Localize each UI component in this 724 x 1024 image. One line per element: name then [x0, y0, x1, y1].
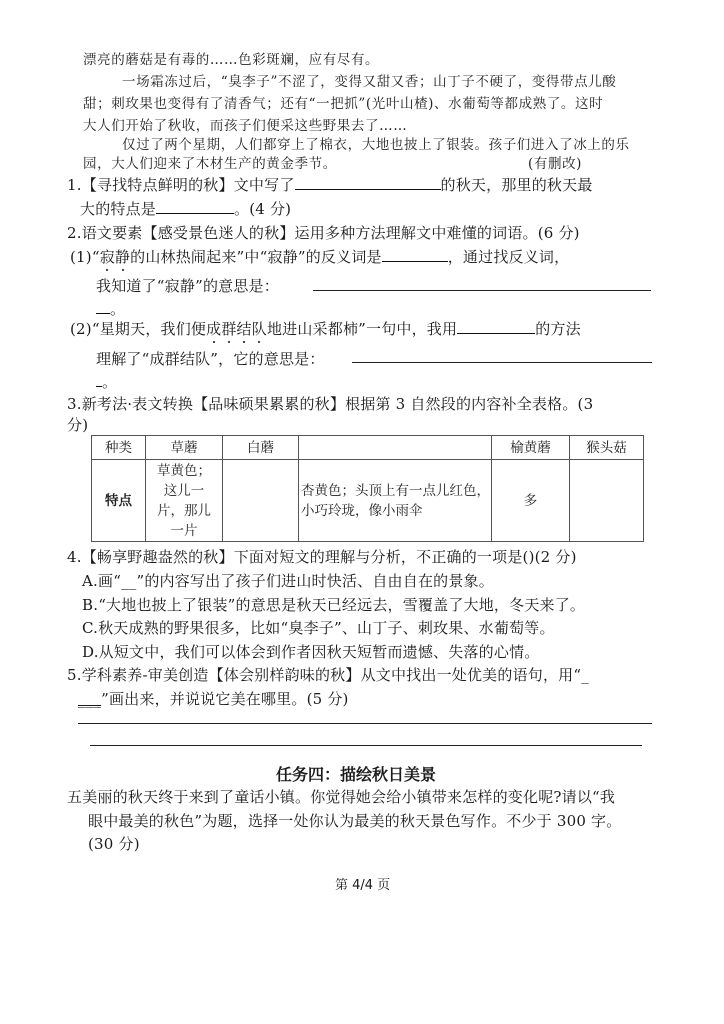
header-cell: 榆黄蘑: [492, 436, 570, 460]
emphasis-char: 寂: [100, 248, 115, 266]
period: 。: [102, 373, 117, 391]
q2-sub1-line-1: (1)“寂静的山林热闹起来”中“寂静”的反义词是，通过找反义词，: [70, 246, 569, 267]
table-row: 特点 草黄色；这儿一片，那儿一片 杏黄色；头顶上有一点儿红色，小巧玲珑，像小雨伞…: [92, 460, 644, 542]
emphasis-char: 队: [252, 320, 267, 338]
q1-text-c: 大的特点是: [80, 200, 156, 218]
source-note: (有删改): [528, 152, 582, 172]
q5-line-1: 5.学科素养-审美创造【体会别样韵味的秋】从文中找出一处优美的语句，用“_: [67, 664, 589, 685]
q4-stem: 4.【畅享野趣盎然的秋】下面对短文的理解与分析，不正确的一项是()(2 分): [67, 546, 577, 567]
emphasis-char: 静: [115, 248, 130, 266]
passage-line-5: 仅过了两个星期，人们都穿上了棉衣，大地也披上了银装。孩子们进入了冰上的乐: [122, 133, 630, 153]
q2-sub1-prefix: (1)“: [70, 248, 100, 266]
q2-sub2-after: 的方法: [535, 320, 581, 338]
q4-option-a[interactable]: A.画“__”的内容写出了孩子们进山时快活、自由自在的景象。: [82, 570, 494, 591]
passage-line-4: 大人们开始了秋收，而孩子们便采这些野果去了……: [83, 114, 407, 134]
q1-line-2: 大的特点是。(4 分): [80, 198, 291, 219]
emphasis-char: 结: [237, 320, 252, 338]
table-header-row: 种类 草蘑 白蘑 榆黄蘑 猴头菇: [92, 436, 644, 460]
passage-line-3: 甜；刺玫果也变得有了清香气；还有“一把抓”(光叶山楂)、水葡萄等都成熟了。这时: [83, 92, 603, 112]
page-number: 第 4/4 页: [335, 874, 390, 893]
q3-stem-line-1: 3.新考法·表文转换【品味硕果累累的秋】根据第 3 自然段的内容补全表格。(3: [67, 393, 593, 414]
emphasis-char: 成: [206, 320, 221, 338]
q1-text-d: 。(4 分): [234, 200, 291, 218]
passage-line-1: 漂亮的蘑菇是有毒的……色彩斑斓，应有尽有。: [83, 48, 379, 68]
q2-sub2-line-3: 。: [96, 371, 117, 392]
table-cell: 草黄色；这儿一片，那儿一片: [146, 460, 223, 542]
q2-sub1-blank-tail[interactable]: [96, 299, 110, 314]
q1-blank-1[interactable]: [295, 175, 441, 190]
q5-line-2: ___”画出来，并说说它美在哪里。(5 分): [78, 688, 349, 709]
q2-sub1-blank-1[interactable]: [382, 247, 448, 262]
exam-page: 漂亮的蘑菇是有毒的……色彩斑斓，应有尽有。 一场霜冻过后，“臭李子”不涩了，变得…: [0, 0, 724, 1024]
q2-sub2-prefix: (2)“星期天，我们便: [70, 320, 206, 338]
q2-sub2-line-2: 理解了“成群结队”，它的意思是：: [96, 348, 325, 369]
header-cell: 猴头菇: [570, 436, 644, 460]
table-cell-blank[interactable]: [223, 460, 299, 542]
q1-text-b: 的秋天，那里的秋天最: [441, 176, 593, 194]
header-cell: 种类: [92, 436, 146, 460]
q5-answer-line-2[interactable]: [90, 745, 642, 746]
q4-option-b[interactable]: B.“大地也披上了银装”的意思是秋天已经远去，雪覆盖了大地，冬天来了。: [82, 594, 585, 615]
q2-stem: 2.语文要素【感受景色迷人的秋】运用多种方法理解文中难懂的词语。(6 分): [67, 222, 580, 243]
q2-sub1-line-3: 。: [96, 298, 125, 319]
header-cell: 白蘑: [223, 436, 299, 460]
passage-line-6: 园，大人们迎来了木材生产的黄金季节。: [83, 152, 337, 172]
mushroom-table: 种类 草蘑 白蘑 榆黄蘑 猴头菇 特点 草黄色；这儿一片，那儿一片 杏黄色；头顶…: [91, 435, 644, 542]
q4-option-c[interactable]: C.秋天成熟的野果很多，比如“臭李子”、山丁子、刺玫果、水葡萄等。: [82, 617, 555, 638]
q2-sub1-after: ，通过找反义词，: [448, 248, 570, 266]
emphasis-char: 群: [221, 320, 236, 338]
q4-option-d[interactable]: D.从短文中，我们可以体会到作者因秋天短暂而遗憾、失落的心情。: [82, 641, 539, 662]
q2-sub2-blank-1[interactable]: [457, 319, 535, 334]
q2-sub1-answer-line[interactable]: [313, 290, 651, 291]
table-cell-blank[interactable]: [570, 460, 644, 542]
q1-blank-2[interactable]: [156, 199, 234, 214]
underline-sample: ___: [78, 690, 101, 708]
q3-stem-line-2: 分): [67, 414, 88, 435]
passage-line-2: 一场霜冻过后，“臭李子”不涩了，变得又甜又香；山丁子不硬了，变得带点儿酸: [122, 70, 616, 90]
task4-line-2: 眼中最美的秋色”为题，选择一处你认为最美的秋天景色写作。不少于 300 字。: [88, 810, 621, 831]
q2-sub2-line-1: (2)“星期天，我们便成群结队地进山采都柿”一句中，我用的方法: [70, 318, 581, 339]
q2-sub1-line-2: 我知道了“寂静”的意思是：: [96, 275, 279, 296]
q1-line-1: 1.【寻找特点鲜明的秋】文中写了的秋天，那里的秋天最: [67, 174, 593, 195]
q2-sub2-answer-line[interactable]: [352, 362, 652, 363]
period: 。: [110, 300, 125, 318]
q2-sub2-rest: 地进山采都柿”一句中，我用: [267, 320, 457, 338]
task4-line-1: 五美丽的秋天终于来到了童话小镇。你觉得她会给小镇带来怎样的变化呢?请以“我: [67, 786, 615, 807]
table-cell: 多: [492, 460, 570, 542]
task4-line-3: (30 分): [88, 833, 140, 854]
q1-text-a: 1.【寻找特点鲜明的秋】文中写了: [67, 176, 295, 194]
header-cell: 草蘑: [146, 436, 223, 460]
header-cell-blank[interactable]: [299, 436, 492, 460]
q5-answer-line-1[interactable]: [78, 723, 652, 724]
row-label: 特点: [92, 460, 146, 542]
q5-line-2-rest: ”画出来，并说说它美在哪里。(5 分): [101, 690, 349, 708]
table-cell: 杏黄色；头顶上有一点儿红色，小巧玲珑，像小雨伞: [299, 460, 492, 542]
task4-title: 任务四：描绘秋日美景: [276, 762, 436, 785]
q2-sub1-rest: 的山林热闹起来”中“寂静”的反义词是: [130, 248, 382, 266]
